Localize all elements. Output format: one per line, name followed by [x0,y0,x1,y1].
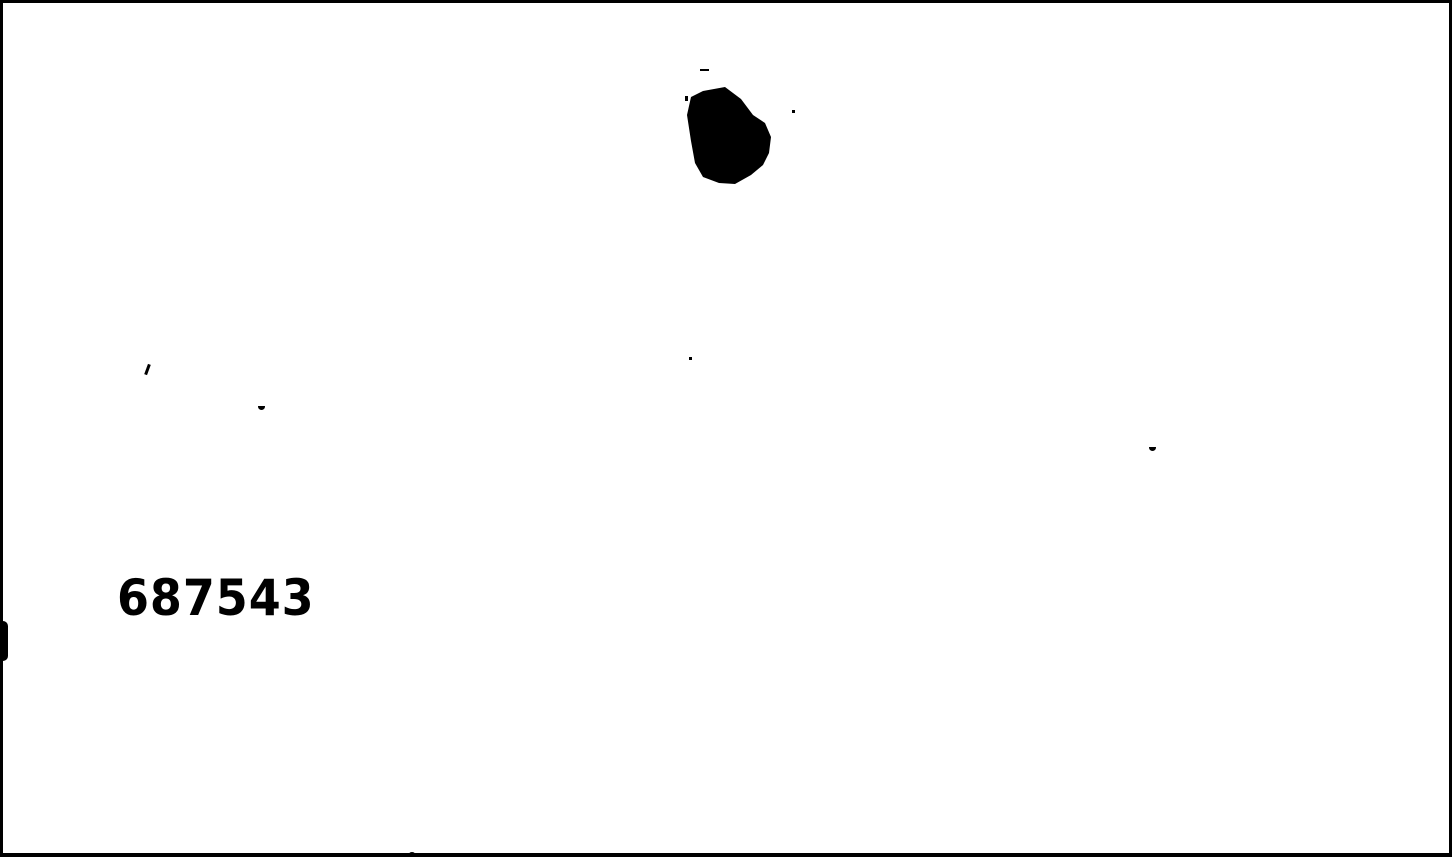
ink-blot [3,3,1452,857]
speck-mark [408,852,416,857]
handwritten-number: 687543 [117,573,315,623]
speck-mark [689,357,692,360]
scanned-card: 687543 [0,0,1452,857]
